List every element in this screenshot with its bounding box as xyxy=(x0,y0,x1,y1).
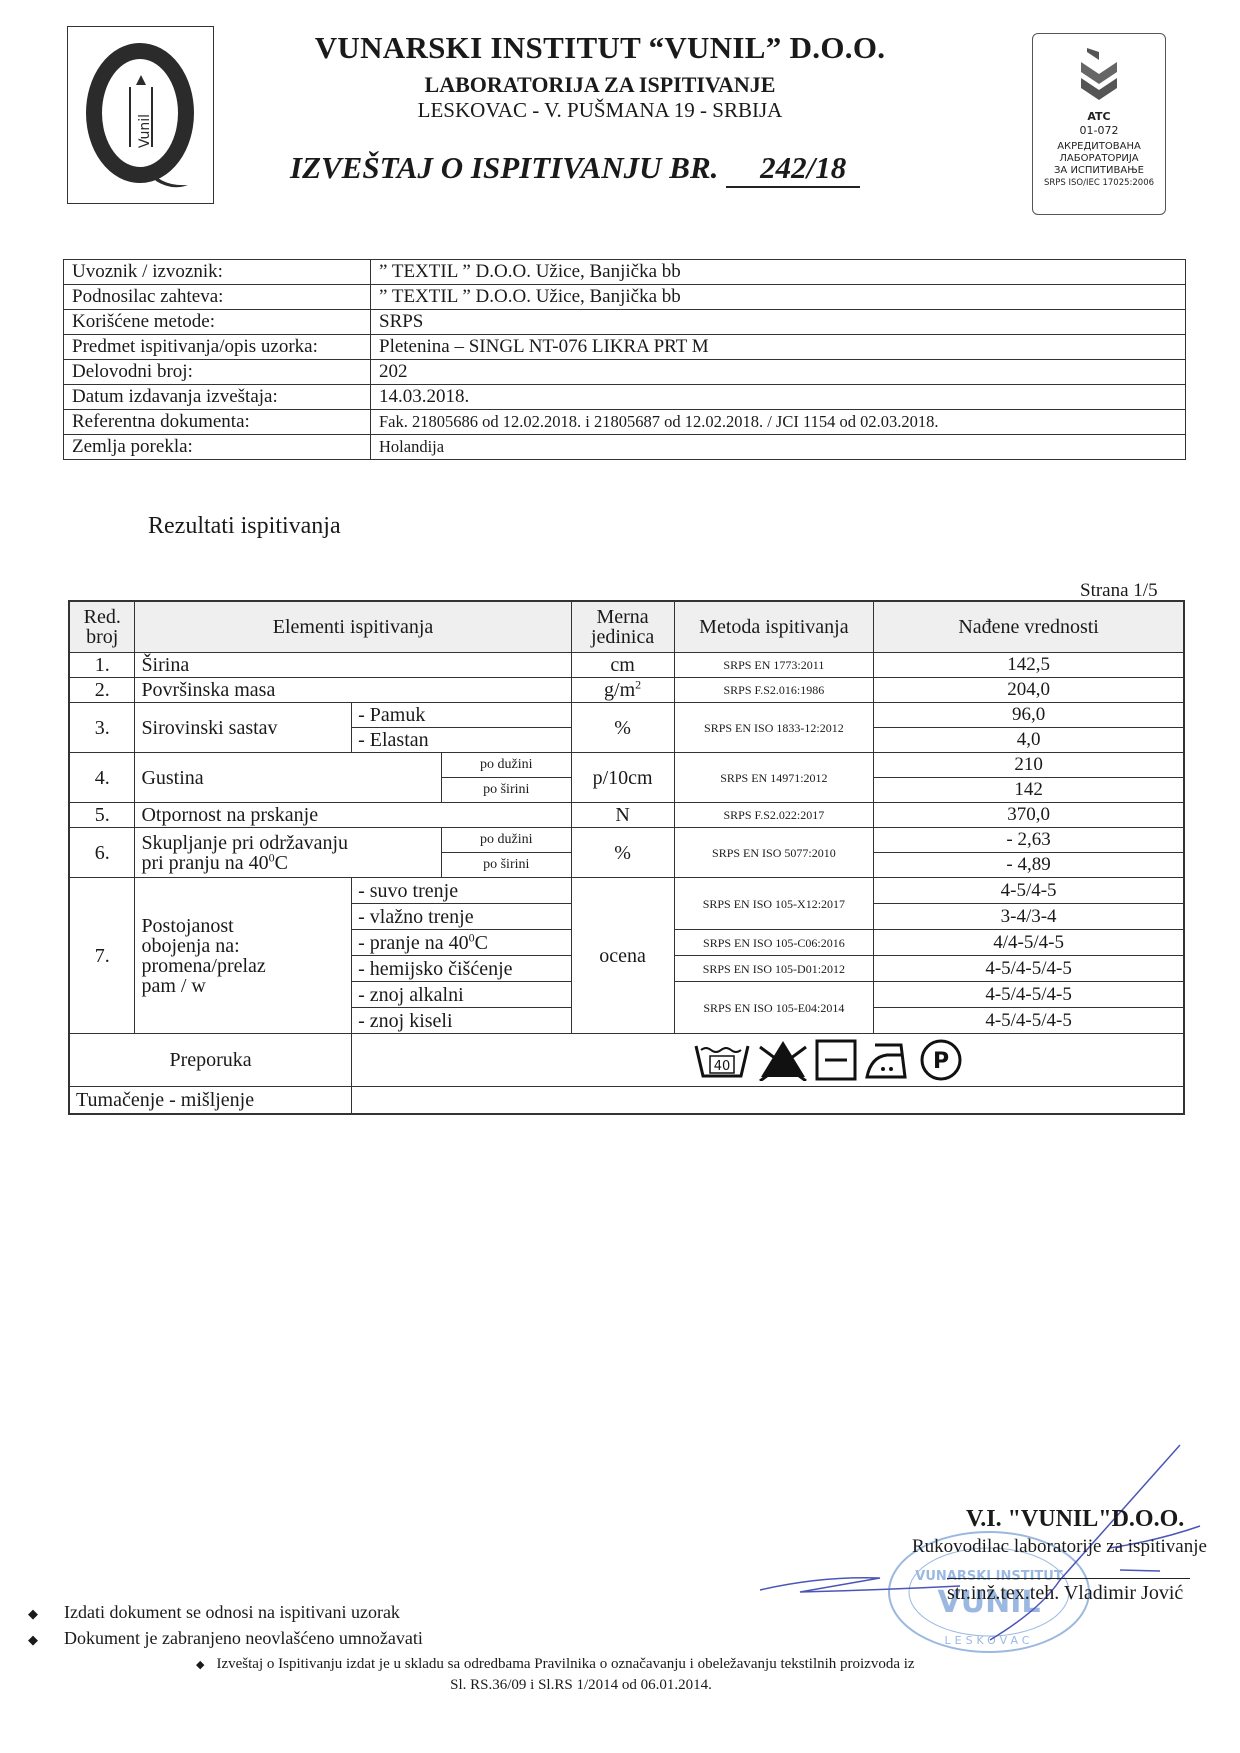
info-value: 14.03.2018. xyxy=(371,385,1186,410)
found-value: 3-4/3-4 xyxy=(874,904,1184,930)
accreditation-standard: SRPS ISO/IEC 17025:2006 xyxy=(1033,178,1165,188)
unit: % xyxy=(571,828,674,878)
table-row: 7. Postojanost obojenja na: promena/prel… xyxy=(69,878,1184,904)
found-value: 4/4-5/4-5 xyxy=(874,930,1184,956)
found-value: 4-5/4-5/4-5 xyxy=(874,982,1184,1008)
found-value: 96,0 xyxy=(874,703,1184,728)
test-element: Gustina xyxy=(135,753,441,803)
results-header-row: Red. broj Elementi ispitivanja Merna jed… xyxy=(69,601,1184,653)
note-item: ◆Dokument je zabranjeno neovlašćeno umno… xyxy=(28,1626,423,1652)
signature-company: V.I. "VUNIL"D.O.O. xyxy=(966,1506,1184,1533)
col-header-element: Elementi ispitivanja xyxy=(135,601,571,653)
recommendation-row: Preporuka 40 xyxy=(69,1034,1184,1087)
method: SRPS F.S2.016:1986 xyxy=(674,678,874,703)
unit: N xyxy=(571,803,674,828)
test-element: Sirovinski sastav xyxy=(135,703,352,753)
test-sub-element: - znoj alkalni xyxy=(352,982,572,1008)
method: SRPS EN ISO 5077:2010 xyxy=(674,828,874,878)
unit-base: g/m xyxy=(604,679,635,701)
found-value: 204,0 xyxy=(874,678,1184,703)
unit: cm xyxy=(571,653,674,678)
found-value: 4-5/4-5 xyxy=(874,878,1184,904)
table-row: 1. Širina cm SRPS EN 1773:2011 142,5 xyxy=(69,653,1184,678)
found-value: 142,5 xyxy=(874,653,1184,678)
unit-superscript: 2 xyxy=(635,677,641,691)
method: SRPS EN ISO 105-E04:2014 xyxy=(674,982,874,1034)
test-element: Otpornost na prskanje xyxy=(135,803,571,828)
test-element-line: obojenja na: xyxy=(141,936,345,956)
unit: p/10cm xyxy=(571,753,674,803)
info-label: Delovodni broj: xyxy=(64,360,371,385)
info-label: Referentna dokumenta: xyxy=(64,410,371,435)
col-header-unit: Merna jedinica xyxy=(571,601,674,653)
diamond-bullet-icon: ◆ xyxy=(28,1602,64,1626)
test-sub-element: - znoj kiseli xyxy=(352,1008,572,1034)
found-value: - 2,63 xyxy=(874,828,1184,853)
test-element-line: Postojanost xyxy=(141,916,345,936)
info-label: Zemlja porekla: xyxy=(64,435,371,460)
info-value: Holandija xyxy=(371,435,1186,460)
found-value: 210 xyxy=(874,753,1184,778)
interpretation-value xyxy=(352,1087,1184,1115)
accreditation-badge: ATC 01-072 АКРЕДИТОВАНА ЛАБОРАТОРИЈА ЗА … xyxy=(1032,33,1166,215)
legal-text: Izveštaj o Ispitivanju izdat je u skladu… xyxy=(216,1656,914,1672)
info-row: Korišćene metode:SRPS xyxy=(64,310,1186,335)
row-number: 3. xyxy=(69,703,135,753)
test-element-line: pam / w xyxy=(141,976,345,996)
test-sub-element: po dužini xyxy=(441,828,571,853)
found-value: 4,0 xyxy=(874,728,1184,753)
unit: ocena xyxy=(571,878,674,1034)
professional-cleaning-p-icon: P xyxy=(919,1038,963,1082)
col-header-no: Red. broj xyxy=(69,601,135,653)
atc-mark: ATC xyxy=(1033,110,1165,123)
table-row: 4. Gustina po dužini p/10cm SRPS EN 1497… xyxy=(69,753,1184,778)
interpretation-row: Tumačenje - mišljenje xyxy=(69,1087,1184,1115)
test-sub-element: - suvo trenje xyxy=(352,878,572,904)
test-sub-element: po širini xyxy=(441,778,571,803)
row-number: 5. xyxy=(69,803,135,828)
no-bleach-icon xyxy=(757,1039,809,1081)
info-row: Delovodni broj:202 xyxy=(64,360,1186,385)
col-header-value: Nađene vrednosti xyxy=(874,601,1184,653)
laboratory-name: LABORATORIJA ZA ISPITIVANJE xyxy=(250,72,950,98)
found-value: 4-5/4-5/4-5 xyxy=(874,1008,1184,1034)
method: SRPS EN ISO 105-D01:2012 xyxy=(674,956,874,982)
care-symbols-cell: 40 xyxy=(352,1034,1184,1087)
row-number: 2. xyxy=(69,678,135,703)
table-row: 6. Skupljanje pri održavanju pri pranju … xyxy=(69,828,1184,853)
method: SRPS EN ISO 1833-12:2012 xyxy=(674,703,874,753)
atc-chevron-icon xyxy=(1033,48,1165,108)
col-header-method: Metoda ispitivanja xyxy=(674,601,874,653)
method: SRPS EN ISO 105-C06:2016 xyxy=(674,930,874,956)
care-symbols: 40 xyxy=(358,1038,1177,1082)
row-number: 4. xyxy=(69,753,135,803)
unit: % xyxy=(571,703,674,753)
report-info-table: Uvoznik / izvoznik:” TEXTIL ” D.O.O. Uži… xyxy=(63,259,1186,460)
wash-40-icon: 40 xyxy=(693,1040,751,1080)
text: C xyxy=(475,932,488,954)
interpretation-label: Tumačenje - mišljenje xyxy=(69,1087,352,1115)
info-value: Pletenina – SINGL NT-076 LIKRA PRT M xyxy=(371,335,1186,360)
note-text: Izdati dokument se odnosi na ispitivani … xyxy=(64,1602,400,1622)
row-number: 7. xyxy=(69,878,135,1034)
test-element-line: Skupljanje pri održavanju xyxy=(141,833,434,853)
legal-line: Sl. RS.36/09 i Sl.RS 1/2014 od 06.01.201… xyxy=(196,1675,1066,1695)
found-value: 142 xyxy=(874,778,1184,803)
report-number: 242/18 xyxy=(726,150,860,188)
info-value: ” TEXTIL ” D.O.O. Užice, Banjička bb xyxy=(371,260,1186,285)
iron-two-dots-icon xyxy=(863,1039,913,1081)
diamond-bullet-icon: ◆ xyxy=(28,1628,64,1652)
test-sub-element: - hemijsko čišćenje xyxy=(352,956,572,982)
dry-flat-icon xyxy=(815,1039,857,1081)
signatory-name: str.inž.tex.teh. Vladimir Jović xyxy=(947,1582,1183,1605)
svg-text:Vunil: Vunil xyxy=(137,114,153,148)
found-value: 370,0 xyxy=(874,803,1184,828)
row-number: 6. xyxy=(69,828,135,878)
svg-text:P: P xyxy=(932,1049,948,1074)
info-label: Predmet ispitivanja/opis uzorka: xyxy=(64,335,371,360)
text: C xyxy=(275,852,288,874)
test-sub-element: po širini xyxy=(441,853,571,878)
test-sub-element: po dužini xyxy=(441,753,571,778)
info-value: 202 xyxy=(371,360,1186,385)
test-element-line: promena/prelaz xyxy=(141,956,345,976)
test-sub-element: - Elastan xyxy=(352,728,572,753)
test-element: Površinska masa xyxy=(135,678,571,703)
info-label: Uvoznik / izvoznik: xyxy=(64,260,371,285)
info-label: Datum izdavanja izveštaja: xyxy=(64,385,371,410)
svg-text:40: 40 xyxy=(713,1059,730,1074)
institute-address: LESKOVAC - V. PUŠMANA 19 - SRBIJA xyxy=(250,98,950,123)
found-value: - 4,89 xyxy=(874,853,1184,878)
accreditation-line: АКРЕДИТОВАНА xyxy=(1033,141,1165,153)
info-row: Uvoznik / izvoznik:” TEXTIL ” D.O.O. Uži… xyxy=(64,260,1186,285)
accreditation-line: ЛАБОРАТОРИЈА xyxy=(1033,153,1165,165)
info-value: SRPS xyxy=(371,310,1186,335)
info-row: Referentna dokumenta:Fak. 21805686 od 12… xyxy=(64,410,1186,435)
signature-line xyxy=(947,1578,1190,1579)
text: - pranje na 40 xyxy=(358,932,469,954)
table-row: 5. Otpornost na prskanje N SRPS F.S2.022… xyxy=(69,803,1184,828)
report-title: IZVEŠTAJ O ISPITIVANJU BR. 242/18 xyxy=(290,150,970,188)
test-sub-element: - vlažno trenje xyxy=(352,904,572,930)
text: pri pranju na 40 xyxy=(141,852,268,874)
info-value: ” TEXTIL ” D.O.O. Užice, Banjička bb xyxy=(371,285,1186,310)
institute-logo: Vunil xyxy=(67,26,214,204)
info-row: Zemlja porekla:Holandija xyxy=(64,435,1186,460)
info-label: Podnosilac zahteva: xyxy=(64,285,371,310)
info-row: Predmet ispitivanja/opis uzorka:Pletenin… xyxy=(64,335,1186,360)
test-element: Skupljanje pri održavanju pri pranju na … xyxy=(135,828,441,878)
test-sub-element: - Pamuk xyxy=(352,703,572,728)
info-value: Fak. 21805686 od 12.02.2018. i 21805687 … xyxy=(371,410,1186,435)
test-sub-element: - pranje na 400C xyxy=(352,930,572,956)
test-element: Širina xyxy=(135,653,571,678)
note-text: Dokument je zabranjeno neovlašćeno umnož… xyxy=(64,1628,423,1648)
unit: g/m2 xyxy=(571,678,674,703)
method: SRPS F.S2.022:2017 xyxy=(674,803,874,828)
found-value: 4-5/4-5/4-5 xyxy=(874,956,1184,982)
accreditation-line: ЗА ИСПИТИВАЊЕ xyxy=(1033,165,1165,177)
method: SRPS EN ISO 105-X12:2017 xyxy=(674,878,874,930)
info-row: Datum izdavanja izveštaja:14.03.2018. xyxy=(64,385,1186,410)
results-table: Red. broj Elementi ispitivanja Merna jed… xyxy=(68,600,1185,1115)
info-row: Podnosilac zahteva:” TEXTIL ” D.O.O. Uži… xyxy=(64,285,1186,310)
institute-name: VUNARSKI INSTITUT “VUNIL” D.O.O. xyxy=(250,30,950,66)
test-element-line: pri pranju na 400C xyxy=(141,853,434,873)
signature-role: Rukovodilac laboratorije za ispitivanje xyxy=(912,1536,1207,1558)
note-item: ◆Izdati dokument se odnosi na ispitivani… xyxy=(28,1600,423,1626)
table-row: 3. Sirovinski sastav - Pamuk % SRPS EN I… xyxy=(69,703,1184,728)
diamond-bullet-icon: ◆ xyxy=(196,1659,204,1671)
legal-line: ◆Izveštaj o Ispitivanju izdat je u sklad… xyxy=(196,1654,1066,1675)
method: SRPS EN 14971:2012 xyxy=(674,753,874,803)
footer-notes: ◆Izdati dokument se odnosi na ispitivani… xyxy=(28,1600,423,1652)
test-element: Postojanost obojenja na: promena/prelaz … xyxy=(135,878,352,1034)
info-label: Korišćene metode: xyxy=(64,310,371,335)
vunil-q-logo-icon: Vunil xyxy=(68,27,213,203)
recommendation-label: Preporuka xyxy=(69,1034,352,1087)
method: SRPS EN 1773:2011 xyxy=(674,653,874,678)
page-indicator: Strana 1/5 xyxy=(1080,580,1158,602)
legal-note: ◆Izveštaj o Ispitivanju izdat je u sklad… xyxy=(196,1654,1066,1695)
atc-code: 01-072 xyxy=(1033,124,1165,137)
table-row: 2. Površinska masa g/m2 SRPS F.S2.016:19… xyxy=(69,678,1184,703)
row-number: 1. xyxy=(69,653,135,678)
results-heading: Rezultati ispitivanja xyxy=(148,513,341,540)
report-title-prefix: IZVEŠTAJ O ISPITIVANJU BR. xyxy=(290,150,718,185)
